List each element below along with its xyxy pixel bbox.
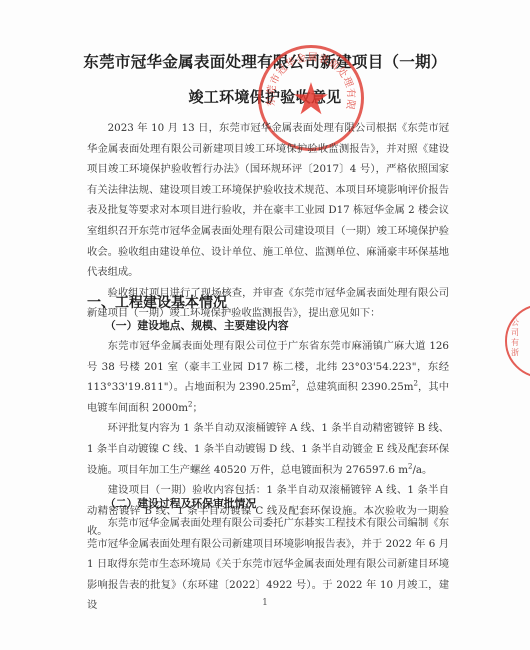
subsection-heading-1: （一）建设地点、规模、主要建设内容 [105, 318, 289, 333]
document-page: 东莞市冠华金属表面处理有限公司新建项目（一期） 竣工环境保护验收意见 东莞市冠华… [0, 0, 530, 650]
document-title-line1: 东莞市冠华金属表面处理有限公司新建项目（一期） [0, 50, 530, 72]
location-paragraph: 东莞市冠华金属表面处理有限公司位于广东省东莞市麻涌镇广麻大道 126 号 38 … [87, 336, 449, 418]
subsection1-body: 东莞市冠华金属表面处理有限公司位于广东省东莞市麻涌镇广麻大道 126 号 38 … [87, 336, 449, 542]
page-number: 1 [0, 598, 530, 608]
section-heading-1: 一、工程建设基本情况 [87, 292, 227, 312]
subsection-heading-2: （二）建设过程及环保审批情况 [105, 496, 256, 511]
paging-seal: 公 司 有 浙 [505, 304, 530, 378]
paging-seal-text: 公 司 有 浙 [511, 318, 523, 358]
intro-paragraph: 2023 年 10 月 13 日，东莞市冠华金属表面处理有限公司根据《东莞市冠华… [87, 118, 449, 283]
approval-paragraph: 环评批复内容为 1 条半自动双滚桶镀锌 A 线、1 条半自动精密镀锌 B 线、1… [87, 418, 449, 480]
document-title-line2: 竣工环境保护验收意见 [0, 86, 530, 107]
